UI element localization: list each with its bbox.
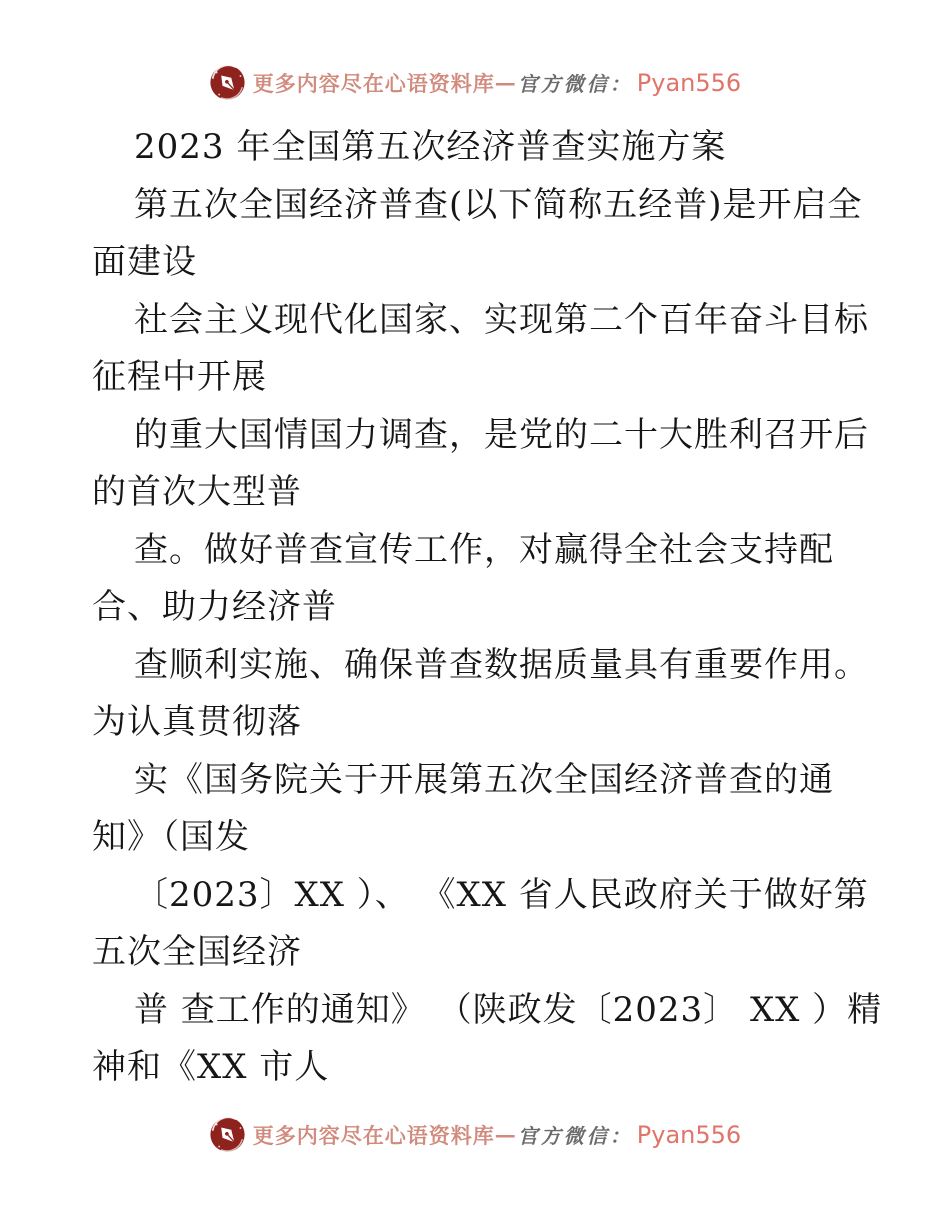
- text-line: 为认真贯彻落: [0, 694, 950, 752]
- pen-nib-swirl-logo-icon: [209, 64, 246, 101]
- brand-text: 更多内容尽在心语资料库: [253, 1120, 495, 1150]
- text-line: 〔2023〕XX ）、 《XX 省人民政府关于做好第: [0, 867, 950, 925]
- text-line: 实《国务院关于开展第五次全国经济普查的通: [0, 752, 950, 810]
- wechat-label: 官方微信：: [518, 1120, 633, 1149]
- wechat-label: 官方微信：: [518, 68, 633, 97]
- text-line: 知》（国发: [0, 809, 950, 867]
- document-title-line: 2023 年全国第五次经济普查实施方案: [0, 119, 950, 177]
- wechat-id: Pyan556: [637, 1121, 741, 1149]
- brand-separator: —: [495, 1122, 516, 1147]
- text-line: 的重大国情国力调查，是党的二十大胜利召开后: [0, 407, 950, 465]
- watermark-footer: 更多内容尽在心语资料库 — 官方微信： Pyan556: [0, 1116, 950, 1153]
- brand-separator: —: [495, 70, 516, 95]
- text-line: 普 查工作的通知》 （陕政发〔2023〕 XX ）精: [0, 982, 950, 1040]
- text-line: 面建设: [0, 234, 950, 292]
- page: 更多内容尽在心语资料库 — 官方微信： Pyan556 2023 年全国第五次经…: [0, 0, 950, 1230]
- text-line: 征程中开展: [0, 349, 950, 407]
- text-line: 的首次大型普: [0, 464, 950, 522]
- text-line: 社会主义现代化国家、实现第二个百年奋斗目标: [0, 292, 950, 350]
- text-line: 查顺利实施、确保普查数据质量具有重要作用。: [0, 637, 950, 695]
- brand-text: 更多内容尽在心语资料库: [253, 68, 495, 98]
- wechat-id: Pyan556: [637, 69, 741, 97]
- text-line: 查。做好普查宣传工作，对赢得全社会支持配: [0, 522, 950, 580]
- pen-nib-swirl-logo-icon: [209, 1116, 246, 1153]
- text-line: 第五次全国经济普查(以下简称五经普)是开启全: [0, 177, 950, 235]
- watermark-header: 更多内容尽在心语资料库 — 官方微信： Pyan556: [0, 64, 950, 101]
- text-line: 五次全国经济: [0, 924, 950, 982]
- text-line: 合、助力经济普: [0, 579, 950, 637]
- document-body: 2023 年全国第五次经济普查实施方案 第五次全国经济普查(以下简称五经普)是开…: [0, 119, 950, 1097]
- text-line: 神和《XX 市人: [0, 1039, 950, 1097]
